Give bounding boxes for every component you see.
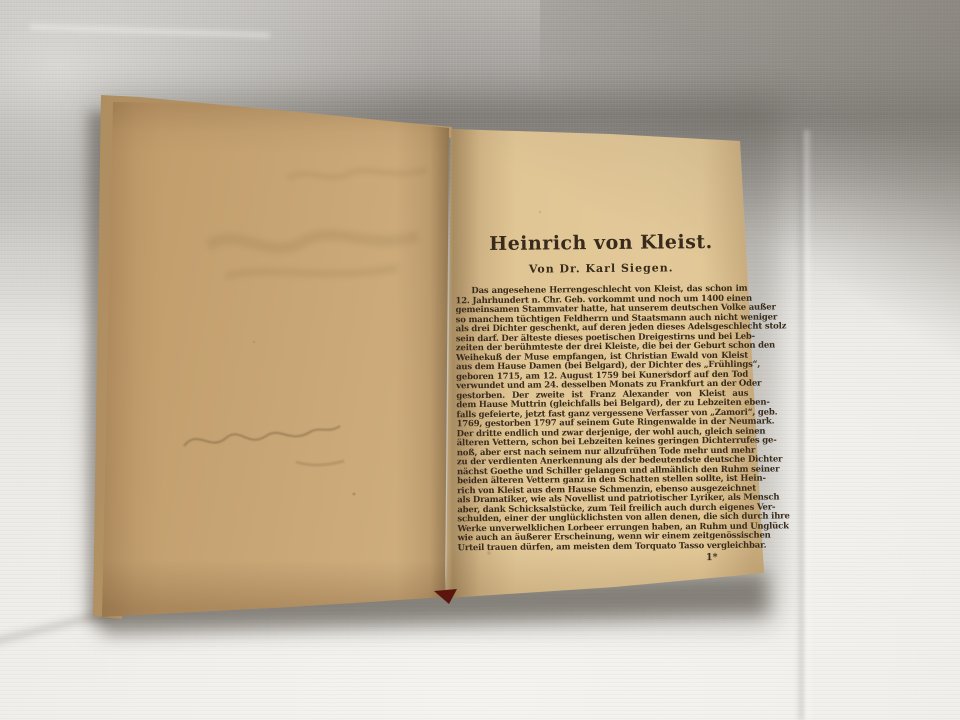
signature-mark: 1* (692, 552, 732, 563)
body-text: Das angesehene Herrengeschlecht von Klei… (455, 285, 749, 554)
photo-scene: Heinrich von Kleist. Von Dr. Karl Siegen… (0, 0, 960, 720)
page-title: Heinrich von Kleist. (455, 231, 747, 256)
byline: Von Dr. Karl Siegen. (455, 261, 747, 277)
page-content: Heinrich von Kleist. Von Dr. Karl Siegen… (0, 0, 960, 720)
